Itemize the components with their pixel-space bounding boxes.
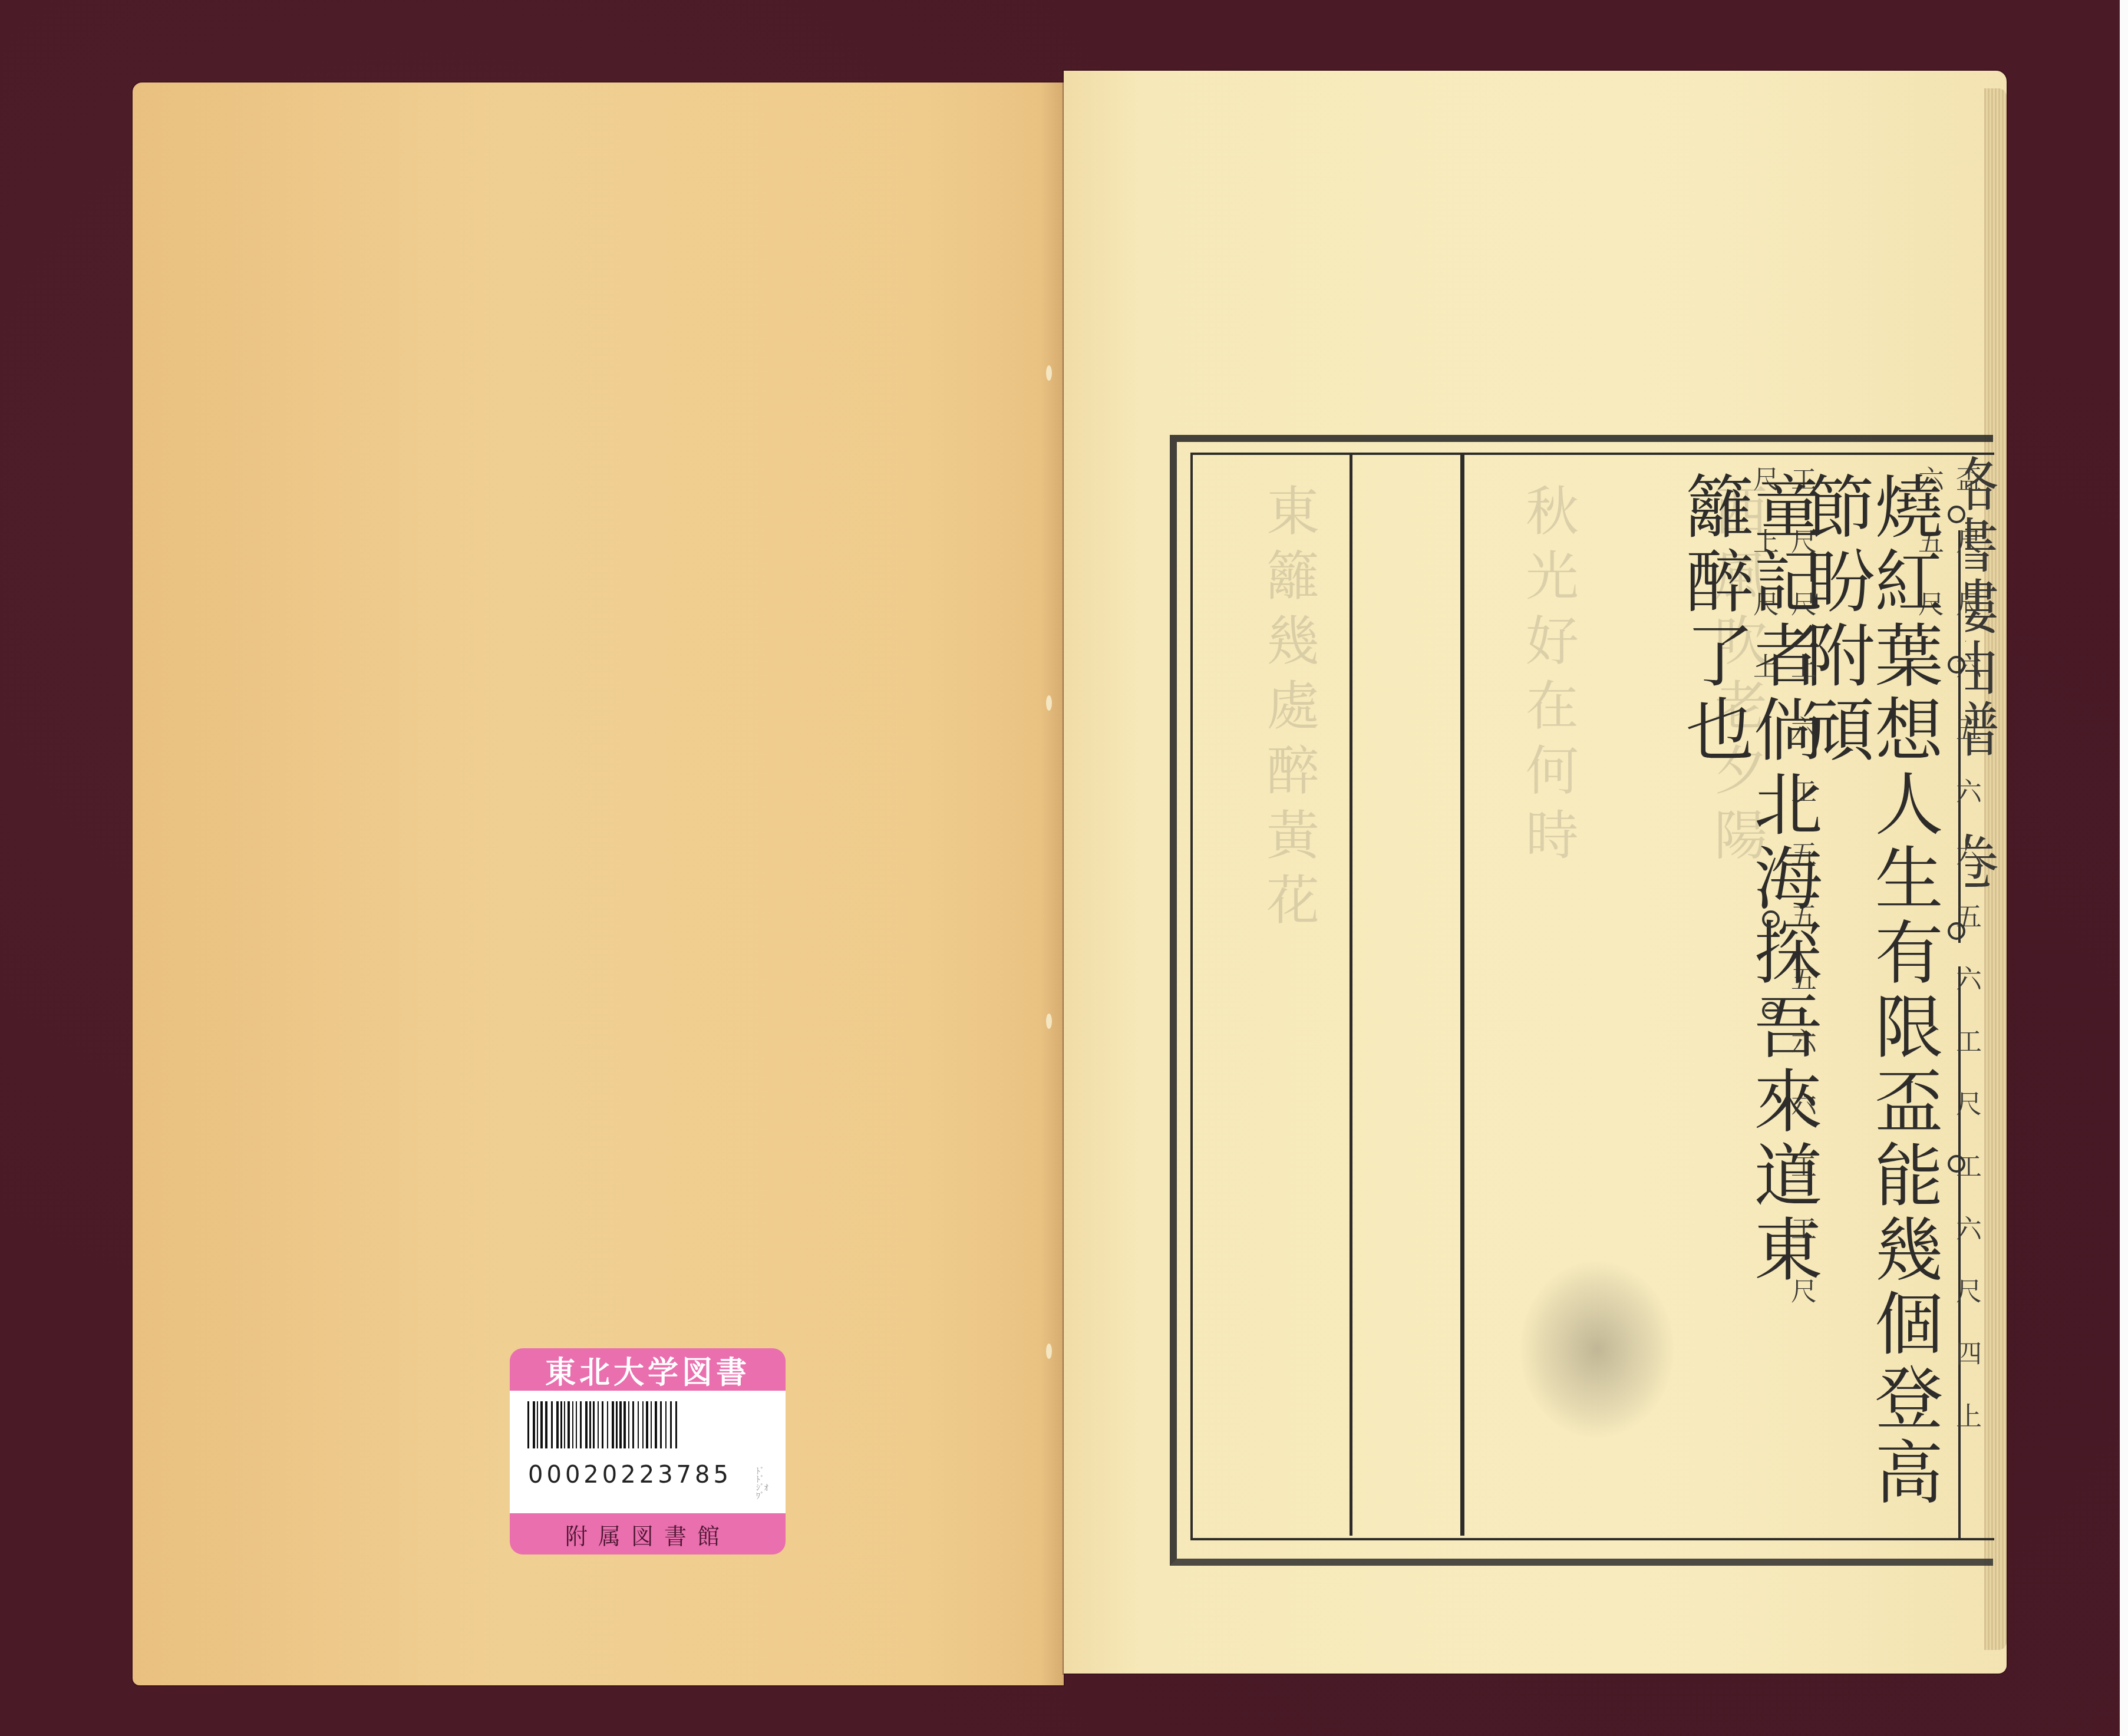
pencil-annotation: ﾄﾞ ﾄﾞ ｼﾞｵ ﾜﾞ: [756, 1467, 773, 1500]
library-name: 東北大学図書: [510, 1348, 786, 1391]
punctuation-circle: [1948, 506, 1965, 523]
column-rule: [1350, 455, 1352, 1536]
barcode-area: 00020223785 ﾄﾞ ﾄﾞ ｼﾞｵ ﾜﾞ: [510, 1391, 786, 1513]
binding-stitch: [1046, 365, 1052, 381]
punctuation-circle: [1762, 910, 1780, 928]
binding-stitch: [1046, 1014, 1052, 1029]
lyrics-column-2: 童記者倘北海探吾來道東籬醉了也: [1680, 471, 1816, 1355]
bleed-through-text: 秋光好在何時: [1509, 483, 1585, 872]
barcode-space: [677, 1401, 679, 1448]
column-rule: [1460, 455, 1464, 1536]
bleed-through-text: 東籬幾處醉黃花: [1249, 483, 1326, 937]
barcode: [527, 1401, 751, 1448]
punctuation-circle: [1948, 656, 1965, 674]
binding-stitch: [1046, 695, 1052, 711]
scan-edge-strip: [2120, 0, 2128, 1736]
barcode-number: 00020223785: [510, 1461, 750, 1489]
library-department: 附属図書館: [510, 1513, 786, 1555]
punctuation-circle: [1762, 1002, 1780, 1019]
punctuation-circle: [1948, 922, 1965, 940]
ink-smudge: [1520, 1261, 1674, 1438]
punctuation-circle: [1948, 1155, 1965, 1173]
binding-stitch: [1046, 1344, 1052, 1359]
library-barcode-label: 東北大学図書 00020223785 ﾄﾞ ﾄﾞ ｼﾞｵ ﾜﾞ 附属図書館: [510, 1348, 786, 1555]
